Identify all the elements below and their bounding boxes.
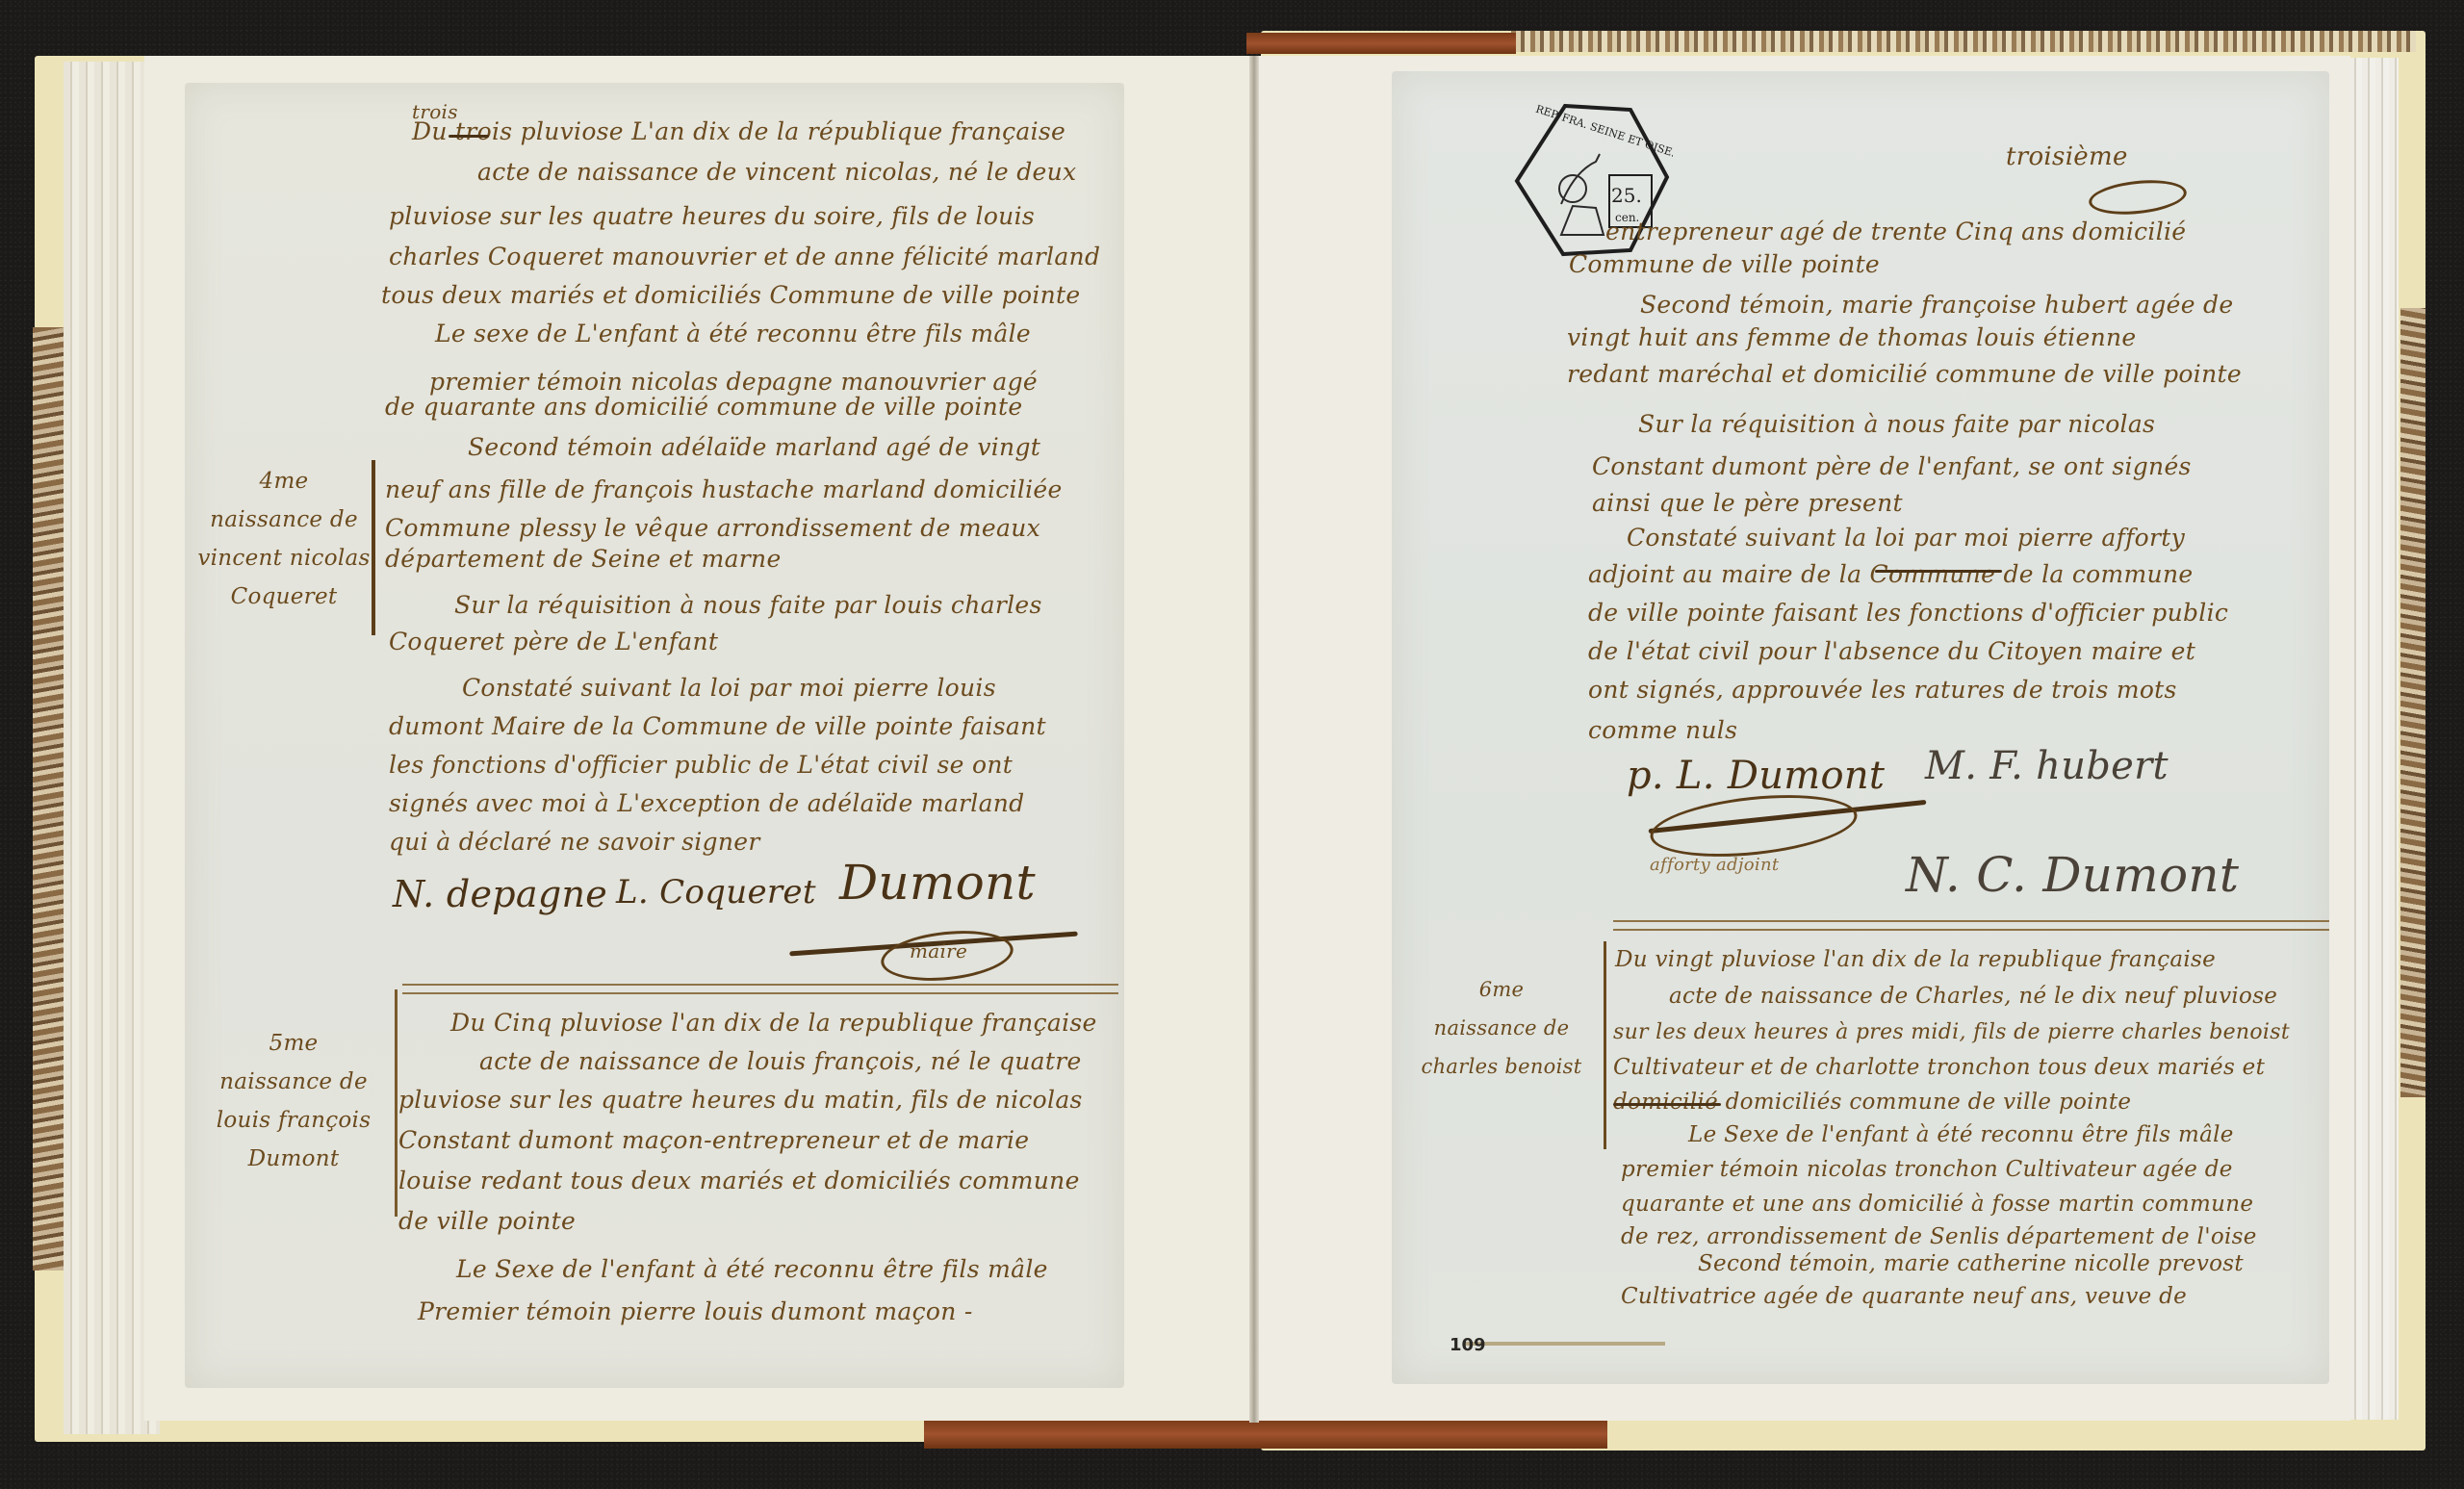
text-line: sur les deux heures à pres midi, fils de…	[1613, 1022, 2290, 1043]
marbled-cover-right	[2400, 308, 2425, 1097]
scanned-register-spread: trois Du trois pluviose L'an dix de la r…	[0, 0, 2464, 1489]
text-line: Second témoin, marie catherine nicolle p…	[1698, 1253, 2244, 1275]
text-line: qui à déclaré ne savoir signer	[389, 830, 760, 854]
text-line: Cultivateur et de charlotte tronchon tou…	[1613, 1057, 2265, 1079]
text-line: Le Sexe de l'enfant à été reconnu être f…	[1688, 1124, 2234, 1146]
text-line: acte de naissance de vincent nicolas, né…	[477, 160, 1076, 184]
text-line: pluviose sur les quatre heures du soire,…	[389, 204, 1035, 228]
text-line: de ville pointe	[398, 1209, 576, 1233]
signature-p-l-dumont: p. L. Dumont	[1627, 757, 1885, 795]
margin-note-line: Dumont	[192, 1140, 395, 1178]
signature-dumont: Dumont	[839, 859, 1036, 907]
margin-note-entry-6: 6me naissance de charles benoist	[1405, 970, 1598, 1086]
spine-top-leather	[1246, 33, 1516, 54]
text-line: Du vingt pluviose l'an dix de la republi…	[1615, 949, 2216, 971]
margin-bracket	[395, 989, 398, 1217]
text-line: acte de naissance de Charles, né le dix …	[1669, 986, 2277, 1008]
signature-afforty: afforty adjoint	[1650, 857, 1779, 874]
catchword: troisième	[2006, 144, 2128, 169]
text-line: signés avec moi à L'exception de adélaïd…	[389, 791, 1025, 815]
text-line: de quarante ans domicilié commune de vil…	[385, 395, 1022, 419]
svg-text:REP. FRA. SEINE ET OISE.: REP. FRA. SEINE ET OISE.	[1534, 103, 1673, 160]
signature-depagne: N. depagne	[393, 876, 607, 912]
text-line: vingt huit ans femme de thomas louis éti…	[1567, 325, 2136, 349]
entry-separator	[402, 984, 1118, 994]
text-line: tous deux mariés et domiciliés Commune d…	[381, 283, 1080, 307]
text-line: département de Seine et marne	[385, 547, 782, 571]
margin-note-entry-4: 4me naissance de vincent nicolas Coquere…	[192, 462, 375, 616]
signature-title-maire: maire	[910, 941, 967, 961]
text-line: comme nuls	[1588, 718, 1737, 742]
margin-note-line: Coqueret	[192, 578, 375, 616]
text-line: de rez, arrondissement de Senlis départe…	[1621, 1226, 2257, 1248]
text-line: Sur la réquisition à nous faite par loui…	[454, 593, 1042, 617]
faded-underline	[1463, 1342, 1665, 1346]
strikethrough-mark	[1613, 1103, 1721, 1106]
margin-note-line: 6me	[1405, 970, 1598, 1009]
page-number: 109	[1450, 1335, 1486, 1355]
text-line: Cultivatrice agée de quarante neuf ans, …	[1621, 1286, 2187, 1308]
margin-note-line: vincent nicolas	[192, 539, 375, 578]
text-line: ont signés, approuvée les ratures de tro…	[1588, 678, 2177, 702]
text-line: Du trois pluviose L'an dix de la républi…	[412, 119, 1065, 143]
text-line: louise redant tous deux mariés et domici…	[398, 1168, 1080, 1193]
spine-bottom-leather	[924, 1420, 1607, 1449]
text-line: Constant dumont père de l'enfant, se ont…	[1592, 454, 2192, 478]
signature-n-c-dumont: N. C. Dumont	[1906, 851, 2239, 899]
svg-text:25.: 25.	[1611, 184, 1642, 207]
text-line: de l'état civil pour l'absence du Citoye…	[1588, 639, 2195, 663]
text-line: neuf ans fille de françois hustache marl…	[385, 477, 1063, 501]
text-line: Le Sexe de l'enfant à été reconnu être f…	[456, 1257, 1048, 1281]
book-gutter	[1249, 56, 1259, 1423]
text-line: Commune plessy le vêque arrondissement d…	[385, 516, 1040, 540]
signature-coqueret: L. Coqueret	[616, 876, 816, 909]
text-line: Premier témoin pierre louis dumont maçon…	[418, 1299, 973, 1323]
text-line: adjoint au maire de la Commune de la com…	[1588, 562, 2193, 586]
margin-note-line: naissance de	[1405, 1009, 1598, 1047]
text-line: Constant dumont maçon-entrepreneur et de…	[398, 1128, 1029, 1152]
text-line: Sur la réquisition à nous faite par nico…	[1638, 412, 2155, 436]
text-line: Le sexe de L'enfant à été reconnu être f…	[435, 321, 1031, 346]
text-line: redant maréchal et domicilié commune de …	[1567, 362, 2242, 386]
margin-note-line: charles benoist	[1405, 1047, 1598, 1086]
text-line: ainsi que le père present	[1592, 491, 1903, 515]
margin-note-line: louis françois	[192, 1101, 395, 1140]
marbled-cover-edge	[1511, 31, 2416, 52]
text-line: Constaté suivant la loi par moi pierre l…	[462, 676, 996, 700]
text-line: charles Coqueret manouvrier et de anne f…	[389, 244, 1100, 269]
text-line: pluviose sur les quatre heures du matin,…	[398, 1088, 1083, 1112]
text-line: entrepreneur agé de trente Cinq ans domi…	[1605, 219, 2186, 244]
strikethrough-mark	[449, 135, 489, 138]
text-line: Commune de ville pointe	[1569, 252, 1880, 276]
text-line: premier témoin nicolas tronchon Cultivat…	[1621, 1159, 2233, 1181]
text-line: Coqueret père de L'enfant	[389, 629, 718, 654]
text-line: premier témoin nicolas depagne manouvrie…	[429, 370, 1038, 394]
marbled-cover-left	[33, 327, 64, 1271]
text-line: de ville pointe faisant les fonctions d'…	[1588, 601, 2228, 625]
margin-note-line: naissance de	[192, 1063, 395, 1101]
text-line: acte de naissance de louis françois, né …	[479, 1049, 1082, 1073]
text-line: Second témoin, marie françoise hubert ag…	[1640, 293, 2233, 317]
text-line: Second témoin adélaïde marland agé de vi…	[468, 435, 1040, 459]
entry-separator	[1613, 920, 2329, 931]
text-line: dumont Maire de la Commune de ville poin…	[389, 714, 1046, 738]
text-line: Constaté suivant la loi par moi pierre a…	[1627, 526, 2185, 550]
page-edges-right	[2348, 58, 2399, 1420]
strikethrough-mark	[1875, 570, 2002, 573]
text-line: Du Cinq pluviose l'an dix de la republiq…	[450, 1011, 1097, 1035]
text-line: quarante et une ans domicilié à fosse ma…	[1621, 1194, 2253, 1216]
signature-hubert: M. F. hubert	[1925, 747, 2169, 785]
margin-note-line: naissance de	[192, 501, 375, 539]
margin-bracket	[1604, 941, 1606, 1149]
margin-note-entry-5: 5me naissance de louis françois Dumont	[192, 1024, 395, 1178]
margin-note-line: 5me	[192, 1024, 395, 1063]
text-line: les fonctions d'officier public de L'éta…	[389, 753, 1013, 777]
margin-note-line: 4me	[192, 462, 375, 501]
